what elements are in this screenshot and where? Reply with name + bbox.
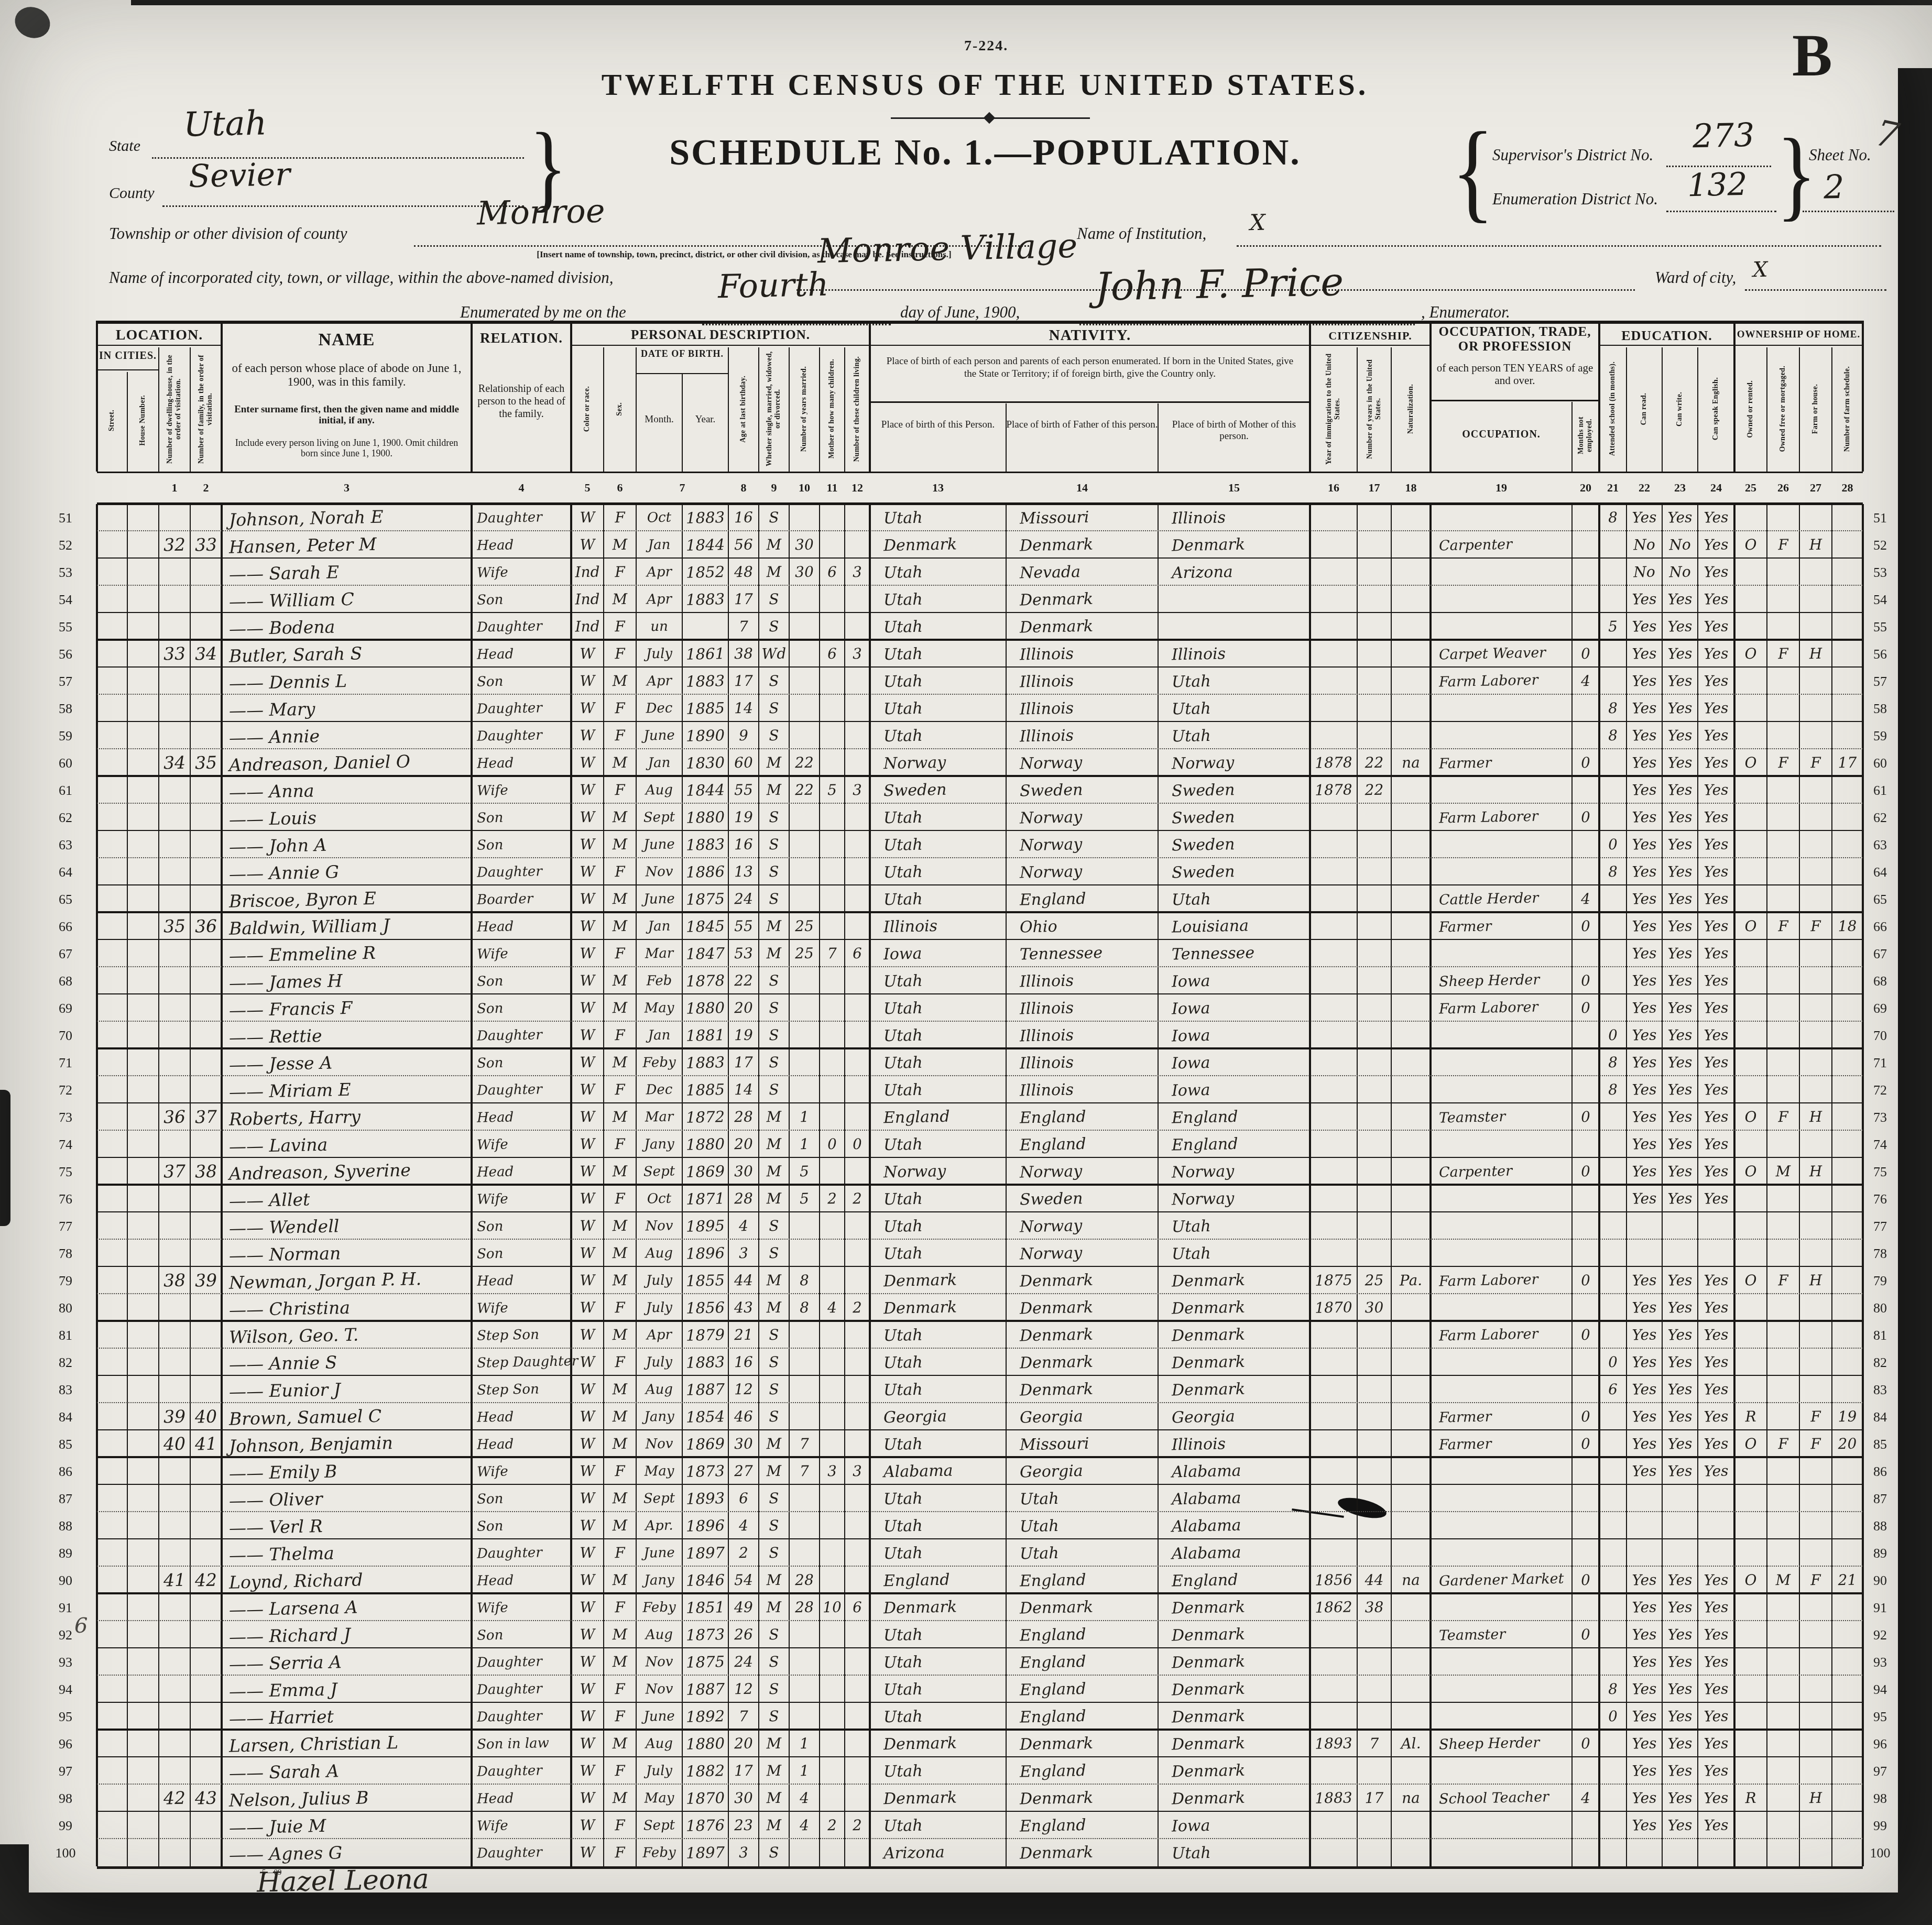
row-number-right: 72	[1864, 1082, 1896, 1098]
cell-pob: Denmark	[869, 1265, 1006, 1295]
cell-rd: Yes	[1626, 1457, 1662, 1485]
cell-mon: June	[636, 1539, 682, 1567]
table-rule	[97, 345, 222, 346]
cell-pf: Norway	[1006, 1156, 1158, 1187]
cell-fm: F	[1766, 912, 1799, 940]
cell-en: Yes	[1697, 694, 1734, 722]
group-occupation-title: OCCUPATION, TRADE, OR PROFESSION	[1431, 325, 1599, 358]
cell-rel: Daughter	[471, 1021, 571, 1050]
cell-year: 1880	[682, 803, 728, 832]
row-number-right: 75	[1864, 1164, 1896, 1180]
cell-pm: Alabama	[1158, 1538, 1310, 1568]
cell-age: 17	[728, 1048, 759, 1076]
cell-mar: S	[758, 1621, 789, 1648]
col-num-sch: 21	[1599, 481, 1627, 496]
cell-sch: 0	[1599, 1021, 1627, 1049]
cell-sex: F	[603, 694, 636, 722]
cell-mar: S	[758, 612, 789, 640]
cell-color: W	[571, 1757, 604, 1785]
cell-mar: S	[758, 667, 789, 695]
row-number-left: 78	[50, 1246, 81, 1262]
cell-color: W	[571, 640, 604, 668]
cell-sex: M	[603, 585, 636, 613]
group-relation-title: RELATION.	[472, 330, 571, 348]
row-number-right: 54	[1864, 592, 1896, 608]
cell-wr: Yes	[1662, 1730, 1698, 1757]
cell-mon: Aug	[636, 1621, 682, 1649]
cell-mar: M	[758, 1730, 789, 1757]
cell-rd: Yes	[1626, 504, 1662, 531]
cell-age: 43	[728, 1294, 759, 1321]
cell-year: 1878	[682, 967, 728, 995]
cell-mar: S	[758, 1348, 789, 1376]
cell-sex: M	[603, 885, 636, 913]
cell-occ: Farm Laborer	[1430, 1265, 1572, 1296]
cell-pf: Denmark	[1006, 1592, 1158, 1623]
col-num-color: 5	[571, 481, 604, 496]
cell-chm: 10	[819, 1594, 845, 1622]
cell-color: W	[571, 994, 604, 1022]
occupation-col-label: OCCUPATION.	[1431, 429, 1572, 443]
cell-pm: Denmark	[1158, 1374, 1310, 1405]
col-num-nat: 18	[1391, 481, 1431, 496]
cell-color: W	[571, 912, 604, 940]
cell-wr: Yes	[1662, 1103, 1698, 1131]
cell-rd: No	[1626, 531, 1662, 559]
cell-pf: Missouri	[1006, 1429, 1158, 1459]
cell-occ: Sheep Herder	[1430, 1729, 1572, 1759]
cell-age: 17	[728, 667, 759, 695]
cell-rd: Yes	[1626, 1757, 1662, 1785]
cell-occ: Farm Laborer	[1430, 1320, 1572, 1350]
cell-mar: S	[758, 1239, 789, 1267]
row-number-left: 96	[50, 1736, 81, 1752]
cell-mon: Dec	[636, 1076, 682, 1104]
cell-sch: 8	[1599, 1076, 1627, 1103]
cell-mon: May	[636, 1784, 682, 1812]
cell-sex: F	[603, 504, 636, 531]
col-label-text-house: House Number.	[139, 395, 147, 446]
cell-rel: Head	[471, 912, 571, 941]
cell-year: 1885	[682, 694, 728, 723]
cell-mar: S	[758, 1403, 789, 1430]
row-number-right: 86	[1864, 1464, 1896, 1480]
cell-year: 1897	[682, 1539, 728, 1567]
cell-year: 1847	[682, 939, 728, 968]
cell-nat: na	[1391, 749, 1431, 777]
cell-pf: Illinois	[1006, 1075, 1158, 1105]
cell-color: Ind	[571, 558, 604, 586]
cell-rel: Head	[471, 1157, 571, 1186]
group-personal-title: PERSONAL DESCRIPTION.	[571, 328, 870, 344]
cell-wr: Yes	[1662, 694, 1698, 722]
row-number-left: 94	[50, 1682, 81, 1698]
cell-sex: M	[603, 1375, 636, 1403]
cell-pm: Denmark	[1158, 1756, 1310, 1786]
cell-age: 13	[728, 858, 759, 885]
cell-color: W	[571, 1430, 604, 1458]
cell-year: 1872	[682, 1103, 728, 1131]
cell-rd: Yes	[1626, 1811, 1662, 1839]
row-number-left: 69	[50, 1001, 81, 1016]
cell-pf: Illinois	[1006, 1020, 1158, 1051]
cell-pm: Denmark	[1158, 530, 1310, 560]
cell-color: Ind	[571, 585, 604, 613]
cell-rel: Step Daughter	[471, 1348, 571, 1377]
cell-en: Yes	[1697, 858, 1734, 885]
cell-rd: Yes	[1626, 858, 1662, 885]
cell-wr: Yes	[1662, 830, 1698, 858]
col-label-sch: Attended school (in months).	[1600, 350, 1626, 468]
cell-year: 1887	[682, 1375, 728, 1404]
cell-c2: 33	[190, 531, 222, 559]
col-num-dob: 7	[636, 481, 728, 496]
cell-wr: Yes	[1662, 858, 1698, 885]
cell-ym: 1	[789, 1103, 820, 1131]
cell-age: 20	[728, 1730, 759, 1757]
cell-pm: Sweden	[1158, 775, 1310, 805]
cell-wr: Yes	[1662, 667, 1698, 695]
cell-sex: M	[603, 667, 636, 695]
cell-pf: Utah	[1006, 1538, 1158, 1568]
cell-year: 1869	[682, 1157, 728, 1186]
cell-year: 1895	[682, 1212, 728, 1240]
cell-pob: Denmark	[869, 530, 1006, 560]
cell-ym: 28	[789, 1566, 820, 1594]
cell-chm: 0	[819, 1131, 845, 1158]
cell-wr: Yes	[1662, 776, 1698, 804]
col-num-wr: 23	[1662, 481, 1698, 496]
cell-une: 0	[1571, 1621, 1599, 1648]
cell-pm: England	[1158, 1129, 1310, 1160]
cell-mar: M	[758, 1430, 789, 1458]
row-number-left: 67	[50, 946, 81, 962]
cell-year: 1844	[682, 776, 728, 804]
col-label-text-color: Color or race.	[583, 386, 592, 432]
cell-pob: Utah	[869, 1374, 1006, 1404]
cell-pob: Utah	[869, 1701, 1006, 1731]
row-number-left: 88	[50, 1518, 81, 1534]
row-number-left: 91	[50, 1600, 81, 1616]
cell-sex: M	[603, 1648, 636, 1676]
cell-pf: Illinois	[1006, 993, 1158, 1023]
cell-fh: H	[1799, 1266, 1832, 1294]
cell-own: O	[1734, 1430, 1767, 1458]
cell-age: 22	[728, 967, 759, 994]
row-number-left: 61	[50, 783, 81, 799]
col-label-text-ym: Number of years married.	[800, 366, 809, 452]
cell-c2: 43	[190, 1784, 222, 1812]
cell-pob: Utah	[869, 802, 1006, 832]
col-label-une: Months not employed.	[1573, 403, 1599, 468]
cell-chm: 4	[819, 1294, 845, 1322]
dob-label: DATE OF BIRTH.	[636, 349, 728, 372]
cell-color: W	[571, 1484, 604, 1512]
row-number-right: 77	[1864, 1219, 1896, 1234]
cell-age: 28	[728, 1185, 759, 1212]
cell-rel: Wife	[471, 1457, 571, 1486]
cell-sex: M	[603, 1239, 636, 1267]
col-label-rd: Can read.	[1627, 350, 1662, 468]
cell-mar: S	[758, 1648, 789, 1676]
cell-pm: Arizona	[1158, 557, 1310, 587]
cell-rd: Yes	[1626, 1430, 1662, 1458]
cell-en: Yes	[1697, 667, 1734, 695]
cell-chl: 3	[844, 640, 870, 668]
cell-sch: 8	[1599, 1048, 1627, 1076]
cell-mar: S	[758, 1076, 789, 1103]
cell-pf: Denmark	[1006, 1293, 1158, 1323]
cell-mon: Feby	[636, 1048, 682, 1077]
cell-mar: S	[758, 1212, 789, 1240]
row-number-right: 55	[1864, 619, 1896, 635]
cell-pf: Utah	[1006, 1511, 1158, 1541]
cell-sex: F	[603, 558, 636, 586]
cell-en: Yes	[1697, 885, 1734, 913]
row-number-right: 56	[1864, 647, 1896, 662]
cell-name: —— Agnes G	[222, 1836, 472, 1869]
cell-color: W	[571, 1702, 604, 1730]
cell-en: Yes	[1697, 1185, 1734, 1212]
cell-color: W	[571, 694, 604, 722]
cell-c2: 38	[190, 1157, 222, 1185]
cell-mar: S	[758, 1375, 789, 1403]
cell-imm: 1878	[1309, 776, 1357, 804]
cell-wr: Yes	[1662, 803, 1698, 831]
pob-father-label: Place of birth of Father of this person.	[1006, 419, 1158, 451]
cell-year: 1896	[682, 1239, 728, 1267]
cell-mon: Nov	[636, 1212, 682, 1240]
cell-color: W	[571, 1048, 604, 1076]
row-number-left: 72	[50, 1082, 81, 1098]
cell-pob: Illinois	[869, 911, 1006, 941]
cell-en: Yes	[1697, 1784, 1734, 1812]
cell-pob: Utah	[869, 720, 1006, 750]
row-number-left: 77	[50, 1219, 81, 1234]
cell-wr: Yes	[1662, 1266, 1698, 1294]
row-number-right: 92	[1864, 1627, 1896, 1643]
cell-pf: Ohio	[1006, 911, 1158, 942]
cell-rd: Yes	[1626, 640, 1662, 668]
cell-mar: S	[758, 994, 789, 1022]
cell-pf: Sweden	[1006, 775, 1158, 805]
cell-pf: England	[1006, 1129, 1158, 1160]
cell-fs: 19	[1831, 1403, 1863, 1430]
cell-c2: 39	[190, 1266, 222, 1294]
cell-age: 16	[728, 504, 759, 531]
cell-chl: 0	[844, 1131, 870, 1158]
cell-mar: M	[758, 776, 789, 804]
cell-color: W	[571, 504, 604, 531]
cell-une: 0	[1571, 1403, 1599, 1430]
cell-pm: Denmark	[1158, 1620, 1310, 1650]
cell-pf: Norway	[1006, 829, 1158, 860]
cell-une: 0	[1571, 640, 1599, 668]
cell-rd: Yes	[1626, 1730, 1662, 1757]
row-number-left: 59	[50, 728, 81, 744]
cell-own: O	[1734, 640, 1767, 668]
cell-fm: F	[1766, 531, 1799, 559]
cell-rel: Boarder	[471, 884, 571, 914]
cell-color: W	[571, 1157, 604, 1185]
cell-pf: Illinois	[1006, 639, 1158, 669]
col-label-color: Color or race.	[572, 350, 603, 468]
cell-age: 30	[728, 1157, 759, 1185]
cell-pm: Utah	[1158, 1238, 1310, 1268]
cell-yus: 17	[1357, 1784, 1391, 1812]
col-num-pf: 14	[1006, 481, 1158, 496]
cell-year: 1854	[682, 1403, 728, 1431]
cell-mon: June	[636, 721, 682, 750]
row-number-left: 62	[50, 810, 81, 826]
cell-age: 12	[728, 1375, 759, 1403]
cell-mar: M	[758, 1185, 789, 1212]
cell-chl: 2	[844, 1185, 870, 1213]
row-number-right: 97	[1864, 1764, 1896, 1779]
cell-mon: May	[636, 1457, 682, 1485]
cell-en: Yes	[1697, 1457, 1734, 1485]
cell-occ: Farm Laborer	[1430, 993, 1572, 1023]
row-number-right: 70	[1864, 1028, 1896, 1044]
cell-rel: Step Son	[471, 1320, 571, 1350]
col-label-text-yus: Number of years in the United States.	[1366, 350, 1382, 468]
cell-yus: 44	[1357, 1566, 1391, 1594]
cell-pob: Utah	[869, 1429, 1006, 1459]
cell-color: Ind	[571, 612, 604, 640]
cell-mar: M	[758, 1566, 789, 1594]
cell-mon: Nov	[636, 1675, 682, 1703]
cell-en: Yes	[1697, 640, 1734, 668]
cell-fh: F	[1799, 1566, 1832, 1594]
cell-occ: School Teacher	[1430, 1783, 1572, 1813]
cell-fh: H	[1799, 1103, 1832, 1131]
cell-color: W	[571, 1321, 604, 1349]
row-number-left: 89	[50, 1546, 81, 1561]
cell-mar: M	[758, 1457, 789, 1485]
cell-age: 49	[728, 1593, 759, 1621]
row-number-left: 58	[50, 701, 81, 717]
cell-rel: Daughter	[471, 1756, 571, 1786]
cell-year: 1883	[682, 667, 728, 695]
row-number-left: 95	[50, 1709, 81, 1725]
cell-chm: 7	[819, 940, 845, 968]
cell-wr: Yes	[1662, 939, 1698, 967]
cell-mon: Sept	[636, 803, 682, 832]
cell-mon: Aug	[636, 1239, 682, 1267]
cell-pm: Utah	[1158, 720, 1310, 751]
cell-wr: Yes	[1662, 1784, 1698, 1812]
cell-rd: Yes	[1626, 1348, 1662, 1376]
cell-sex: F	[603, 1076, 636, 1103]
cell-own: O	[1734, 531, 1767, 559]
cell-sex: F	[603, 1675, 636, 1703]
cell-pob: Utah	[869, 1620, 1006, 1649]
cell-age: 19	[728, 1021, 759, 1049]
cell-une: 4	[1571, 1784, 1599, 1812]
row-number-left: 99	[50, 1818, 81, 1834]
cell-rel: Daughter	[471, 1538, 571, 1568]
cell-age: 14	[728, 694, 759, 722]
cell-rd: Yes	[1626, 749, 1662, 776]
cell-fs: 21	[1831, 1566, 1863, 1594]
cell-pob: Utah	[869, 857, 1006, 887]
dob-year-label: Year.	[682, 414, 728, 426]
cell-pob: Utah	[869, 1674, 1006, 1704]
cell-wr: No	[1662, 558, 1698, 586]
cell-en: Yes	[1697, 749, 1734, 776]
col-num-chl: 12	[845, 481, 870, 496]
name-box-line2: Enter surname first, then the given name…	[227, 404, 466, 428]
cell-sex: M	[603, 1621, 636, 1648]
cell-sex: M	[603, 1157, 636, 1185]
dob-month-label: Month.	[636, 414, 682, 426]
cell-rd: Yes	[1626, 830, 1662, 858]
cell-sex: M	[603, 994, 636, 1022]
cell-pob: Utah	[869, 1810, 1006, 1840]
row-number-left: 83	[50, 1382, 81, 1398]
cell-en: Yes	[1697, 1157, 1734, 1185]
row-number-left: 81	[50, 1328, 81, 1343]
col-label-imm: Year of immigration to the United States…	[1311, 350, 1357, 468]
col-label-text-wr: Can write.	[1676, 392, 1684, 426]
cell-color: W	[571, 1811, 604, 1839]
group-citizenship-title: CITIZENSHIP.	[1310, 329, 1431, 344]
cell-rel: Wife	[471, 1293, 571, 1322]
row-number-right: 82	[1864, 1355, 1896, 1371]
cell-sex: F	[603, 1130, 636, 1158]
cell-rel: Daughter	[471, 612, 571, 641]
cell-color: W	[571, 1403, 604, 1430]
cell-color: W	[571, 1185, 604, 1212]
cell-fm: F	[1766, 640, 1799, 668]
cell-pob: Utah	[869, 1047, 1006, 1077]
cell-pf: Missouri	[1006, 502, 1158, 533]
cell-pob: Utah	[869, 666, 1006, 696]
cell-imm: 1862	[1309, 1593, 1357, 1622]
col-label-text-une: Months not employed.	[1577, 403, 1593, 468]
cell-wr: Yes	[1662, 1593, 1698, 1621]
census-sheet-scan: 7 6 7-224. TWELFTH CENSUS OF THE UNITED …	[0, 0, 1932, 1925]
cell-sex: M	[603, 1048, 636, 1076]
row-number-left: 73	[50, 1110, 81, 1125]
cell-c1: 40	[158, 1430, 190, 1458]
cell-rd: Yes	[1626, 1076, 1662, 1103]
cell-pf: England	[1006, 1102, 1158, 1132]
cell-rel: Head	[471, 748, 571, 778]
cell-wr: Yes	[1662, 1185, 1698, 1212]
cell-age: 48	[728, 558, 759, 586]
row-number-left: 90	[50, 1573, 81, 1589]
cell-nat: Pa.	[1391, 1266, 1431, 1295]
cell-pob: Utah	[869, 611, 1006, 641]
cell-rd: No	[1626, 558, 1662, 586]
row-number-right: 91	[1864, 1600, 1896, 1616]
col-label-street: Street.	[97, 373, 127, 468]
cell-une: 0	[1571, 1321, 1599, 1349]
col-num-rel: 4	[472, 481, 571, 496]
cell-pob: Utah	[869, 993, 1006, 1023]
cell-pf: Illinois	[1006, 720, 1158, 751]
row-number-right: 83	[1864, 1382, 1896, 1398]
cell-mon: Jan	[636, 749, 682, 777]
cell-pm: Iowa	[1158, 1047, 1310, 1078]
cell-mar: S	[758, 1484, 789, 1512]
cell-en: Yes	[1697, 1403, 1734, 1430]
cell-mar: M	[758, 1811, 789, 1839]
cell-year: 1861	[682, 640, 728, 668]
cell-chl: 2	[844, 1294, 870, 1322]
row-number-left: 56	[50, 647, 81, 662]
